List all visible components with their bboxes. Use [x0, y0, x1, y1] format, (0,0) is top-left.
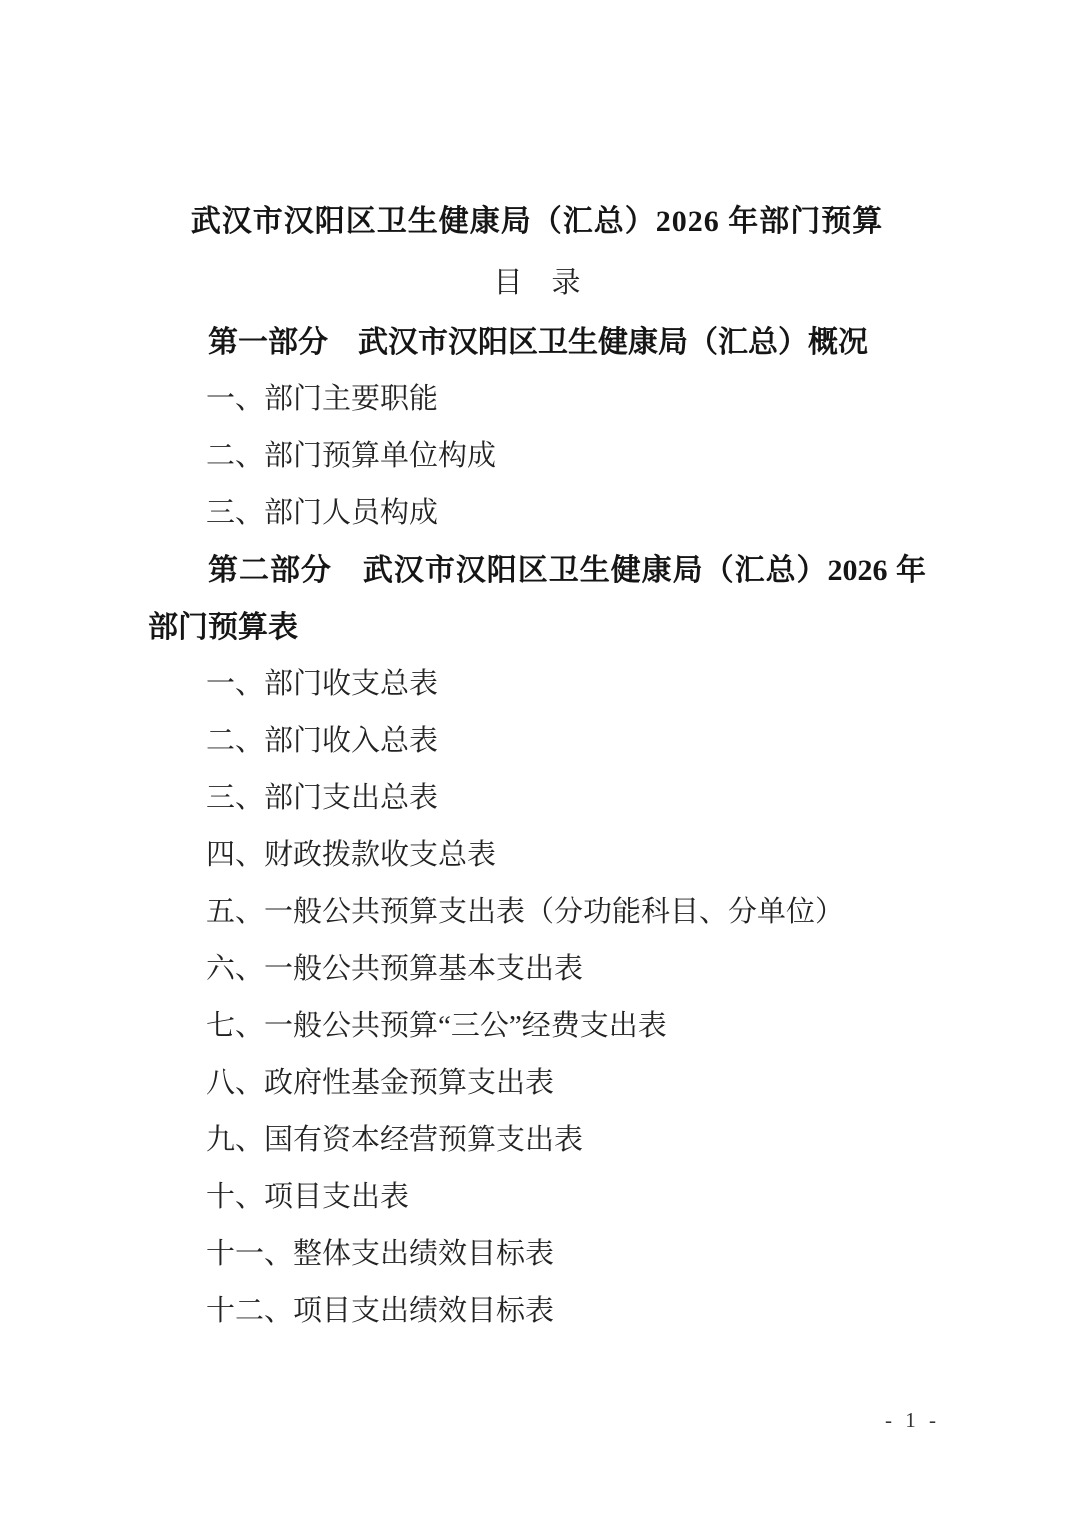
toc-item: 八、政府性基金预算支出表 [148, 1055, 926, 1112]
toc-item: 六、一般公共预算基本支出表 [148, 941, 926, 998]
toc-item: 十二、项目支出绩效目标表 [148, 1283, 926, 1340]
page-number: - 1 - [885, 1408, 940, 1433]
toc-item: 一、部门收支总表 [148, 656, 926, 713]
toc-item: 三、部门支出总表 [148, 770, 926, 827]
toc-item: 五、一般公共预算支出表（分功能科目、分单位） [148, 884, 926, 941]
toc-item: 二、部门收入总表 [148, 713, 926, 770]
toc-heading: 目 录 [148, 252, 926, 314]
document-page: 武汉市汉阳区卫生健康局（汇总）2026 年部门预算 目 录 第一部分 武汉市汉阳… [0, 0, 1074, 1520]
toc-item: 十一、整体支出绩效目标表 [148, 1226, 926, 1283]
section-2-heading: 第二部分 武汉市汉阳区卫生健康局（汇总）2026 年部门预算表 [148, 542, 926, 656]
section-1-heading: 第一部分 武汉市汉阳区卫生健康局（汇总）概况 [148, 314, 926, 371]
toc-item: 九、国有资本经营预算支出表 [148, 1112, 926, 1169]
toc-item: 一、部门主要职能 [148, 371, 926, 428]
toc-item: 三、部门人员构成 [148, 485, 926, 542]
toc-item: 四、财政拨款收支总表 [148, 827, 926, 884]
toc-item: 二、部门预算单位构成 [148, 428, 926, 485]
toc-item: 七、一般公共预算“三公”经费支出表 [148, 998, 926, 1055]
toc-item: 十、项目支出表 [148, 1169, 926, 1226]
document-title: 武汉市汉阳区卫生健康局（汇总）2026 年部门预算 [148, 192, 926, 252]
